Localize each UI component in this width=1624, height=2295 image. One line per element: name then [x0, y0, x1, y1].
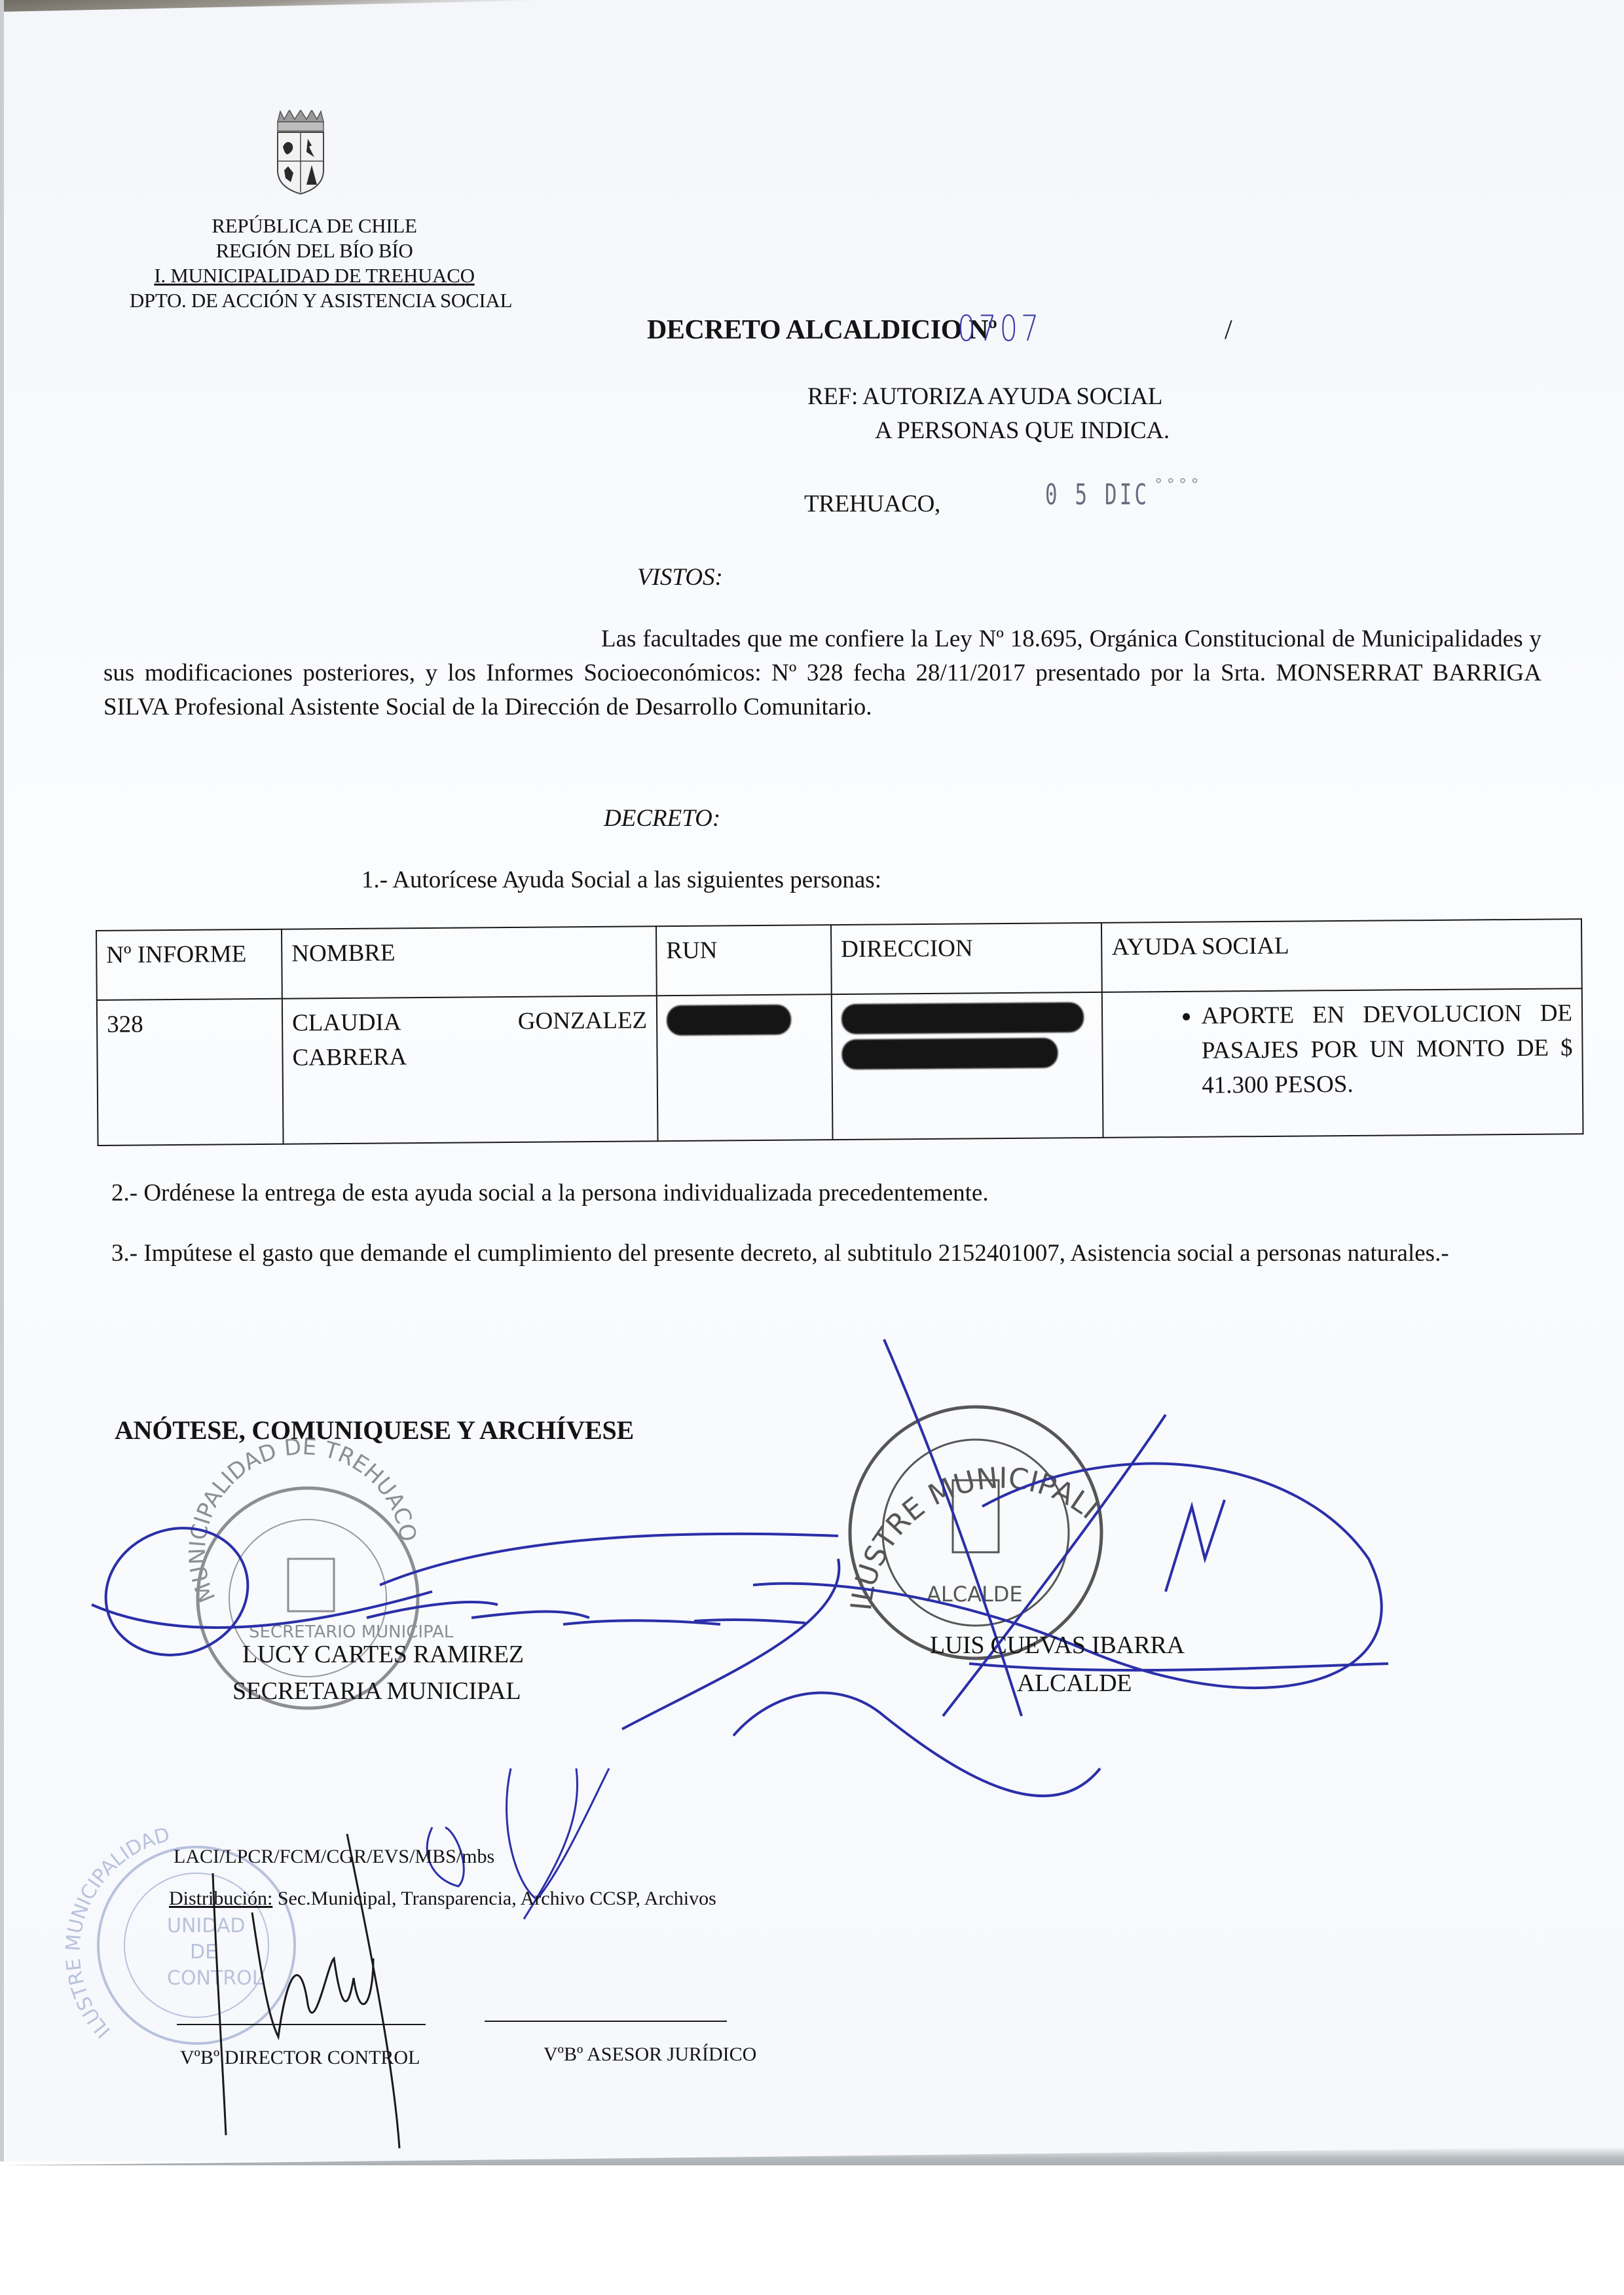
header-country: REPÚBLICA DE CHILE [92, 214, 537, 238]
col-header-ayuda: AYUDA SOCIAL [1101, 919, 1581, 992]
decree-title: DECRETO ALCALDICIO Nº [647, 314, 997, 346]
col-header-run: RUN [656, 925, 832, 996]
decree-slash: / [1225, 314, 1232, 346]
cell-nombre: CLAUDIA GONZALEZ CABRERA [282, 996, 658, 1144]
decree-number-handwritten: 0707 [957, 308, 1042, 349]
cell-ayuda: APORTE EN DEVOLUCION DE PASAJES POR UN M… [1102, 988, 1583, 1138]
name-surname-1: GONZALEZ [518, 1003, 648, 1039]
redaction-mark-address-2 [841, 1037, 1058, 1070]
cell-run [657, 994, 833, 1141]
decree-item-2: 2.- Ordénese la entrega de esta ayuda so… [111, 1179, 989, 1207]
signature-line-control [177, 2024, 426, 2025]
decreto-heading: DECRETO: [604, 804, 720, 832]
aid-item: APORTE EN DEVOLUCION DE PASAJES POR UN M… [1201, 996, 1573, 1102]
header-municipality: I. MUNICIPALIDAD DE TREHUACO [92, 263, 537, 288]
col-header-informe: Nº INFORME [96, 929, 282, 1000]
col-header-direccion: DIRECCION [831, 923, 1102, 994]
table-header-row: Nº INFORME NOMBRE RUN DIRECCION AYUDA SO… [96, 919, 1582, 1000]
drafter-initials: LACI/LPCR/FCM/CGR/EVS/MBS/mbs [174, 1846, 494, 1868]
distribution: Distribución: Sec.Municipal, Transparenc… [169, 1888, 716, 1910]
date-stamp: 0 5 DIC [1045, 478, 1149, 512]
mayor-role: ALCALDE [1017, 1669, 1132, 1698]
scan-shadow-left [0, 0, 4, 2161]
decree-item-1: 1.- Autorícese Ayuda Social a las siguie… [361, 866, 881, 894]
ref-line-2: A PERSONAS QUE INDICA. [875, 417, 1170, 445]
signature-line-legal [485, 2021, 727, 2022]
municipal-crest-icon [274, 110, 327, 195]
vistos-heading: VISTOS: [637, 563, 723, 591]
closing-formula: ANÓTESE, COMUNIQUESE Y ARCHÍVESE [115, 1415, 634, 1446]
decree-item-3: 3.- Impútese el gasto que demande el cum… [111, 1237, 1552, 1271]
cell-direccion [832, 992, 1103, 1140]
name-first: CLAUDIA [292, 1005, 401, 1040]
header-region: REGIÓN DEL BÍO BÍO [92, 238, 537, 263]
name-surname-2: CABRERA [292, 1037, 647, 1075]
date-stamp-year-faint: °°°° [1154, 476, 1202, 494]
table-row: 328 CLAUDIA GONZALEZ CABRERA APORTE EN D… [97, 988, 1583, 1146]
distribution-label: Distribución: [169, 1888, 272, 1909]
cell-informe: 328 [97, 999, 284, 1146]
redaction-mark-address [841, 1002, 1084, 1034]
vb-director-control: VºBº DIRECTOR CONTROL [180, 2047, 420, 2069]
header-department: DPTO. DE ACCIÓN Y ASISTENCIA SOCIAL [92, 288, 550, 312]
redaction-mark-run [667, 1005, 791, 1036]
secretary-role: SECRETARIA MUNICIPAL [232, 1677, 521, 1706]
place-label: TREHUACO, [804, 490, 940, 518]
mayor-name: LUIS CUEVAS IBARRA [930, 1631, 1185, 1660]
distribution-list: Sec.Municipal, Transparencia, Archivo CC… [272, 1888, 716, 1909]
col-header-nombre: NOMBRE [282, 926, 657, 998]
vistos-paragraph: Las facultades que me confiere la Ley Nº… [103, 622, 1541, 724]
ref-line-1: REF: AUTORIZA AYUDA SOCIAL [807, 382, 1162, 411]
vb-asesor-juridico: VºBº ASESOR JURÍDICO [544, 2043, 756, 2066]
beneficiaries-table: Nº INFORME NOMBRE RUN DIRECCION AYUDA SO… [96, 918, 1584, 1146]
secretary-name: LUCY CARTES RAMIREZ [242, 1640, 524, 1669]
